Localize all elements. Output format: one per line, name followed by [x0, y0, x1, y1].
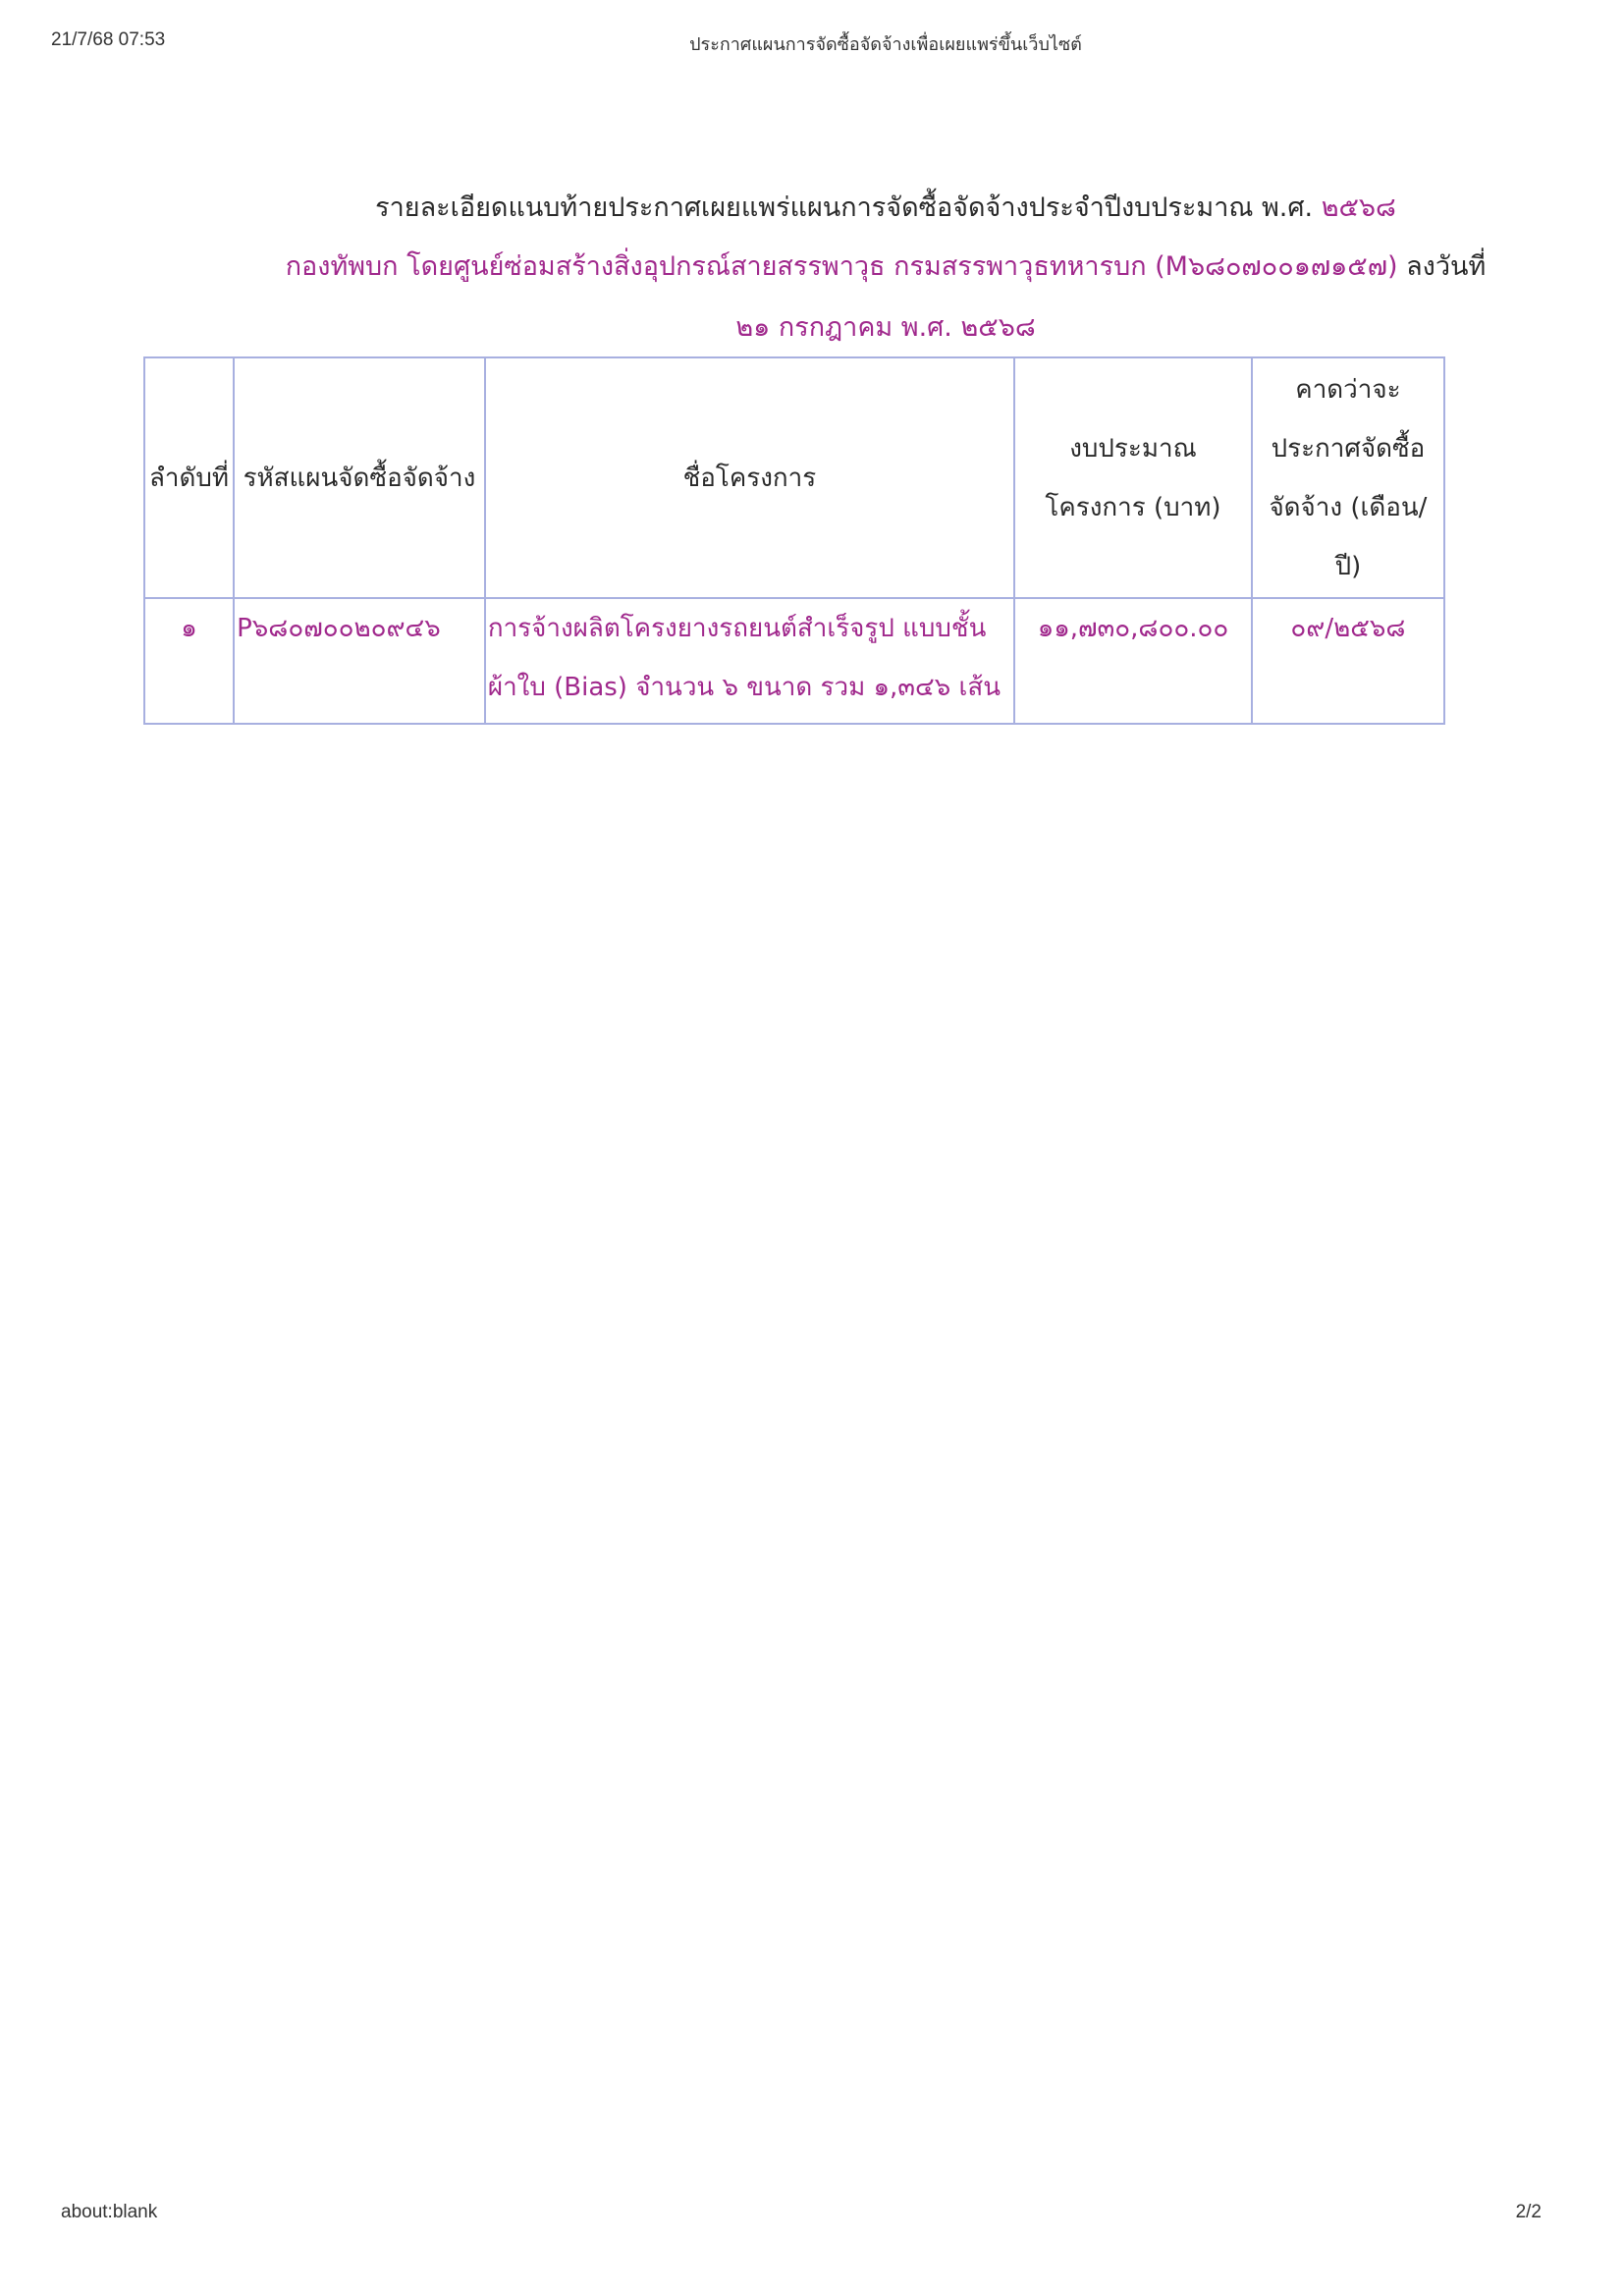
organization-name: กองทัพบก โดยศูนย์ซ่อมสร้างสิ่งอุปกรณ์สาย…	[286, 251, 1398, 282]
document-title-line-2: กองทัพบก โดยศูนย์ซ่อมสร้างสิ่งอุปกรณ์สาย…	[0, 247, 1624, 287]
dated-label: ลงวันที่	[1398, 251, 1487, 282]
table-row: ๑ P๖๘๐๗๐๐๒๐๙๔๖ การจ้างผลิตโครงยางรถยนต์ส…	[144, 598, 1444, 724]
cell-no: ๑	[144, 598, 234, 724]
print-page-number: 2/2	[1516, 2202, 1542, 2223]
title-text: รายละเอียดแนบท้ายประกาศเผยแพร่แผนการจัดซ…	[375, 192, 1322, 223]
header-budget: งบประมาณโครงการ (บาท)	[1014, 357, 1252, 598]
cell-expected-date: ๐๙/๒๕๖๘	[1252, 598, 1444, 724]
document-title-line-1: รายละเอียดแนบท้ายประกาศเผยแพร่แผนการจัดซ…	[0, 189, 1624, 228]
header-project-name: ชื่อโครงการ	[485, 357, 1014, 598]
header-no: ลำดับที่	[144, 357, 234, 598]
print-footer-url: about:blank	[61, 2202, 157, 2223]
table-header-row: ลำดับที่ รหัสแผนจัดซื้อจัดจ้าง ชื่อโครงก…	[144, 357, 1444, 598]
document-date: ๒๑ กรกฎาคม พ.ศ. ๒๕๖๘	[0, 308, 1624, 348]
procurement-plan-table: ลำดับที่ รหัสแผนจัดซื้อจัดจ้าง ชื่อโครงก…	[143, 356, 1445, 725]
header-plan-code: รหัสแผนจัดซื้อจัดจ้าง	[234, 357, 485, 598]
print-header-title: ประกาศแผนการจัดซื้อจัดจ้างเพื่อเผยแพร่ขึ…	[0, 29, 1624, 58]
header-expected-date: คาดว่าจะประกาศจัดซื้อจัดจ้าง (เดือน/ปี)	[1252, 357, 1444, 598]
cell-plan-code: P๖๘๐๗๐๐๒๐๙๔๖	[234, 598, 485, 724]
cell-project-name: การจ้างผลิตโครงยางรถยนต์สำเร็จรูป แบบชั้…	[485, 598, 1014, 724]
cell-budget: ๑๑,๗๓๐,๘๐๐.๐๐	[1014, 598, 1252, 724]
fiscal-year: ๒๕๖๘	[1322, 192, 1396, 223]
